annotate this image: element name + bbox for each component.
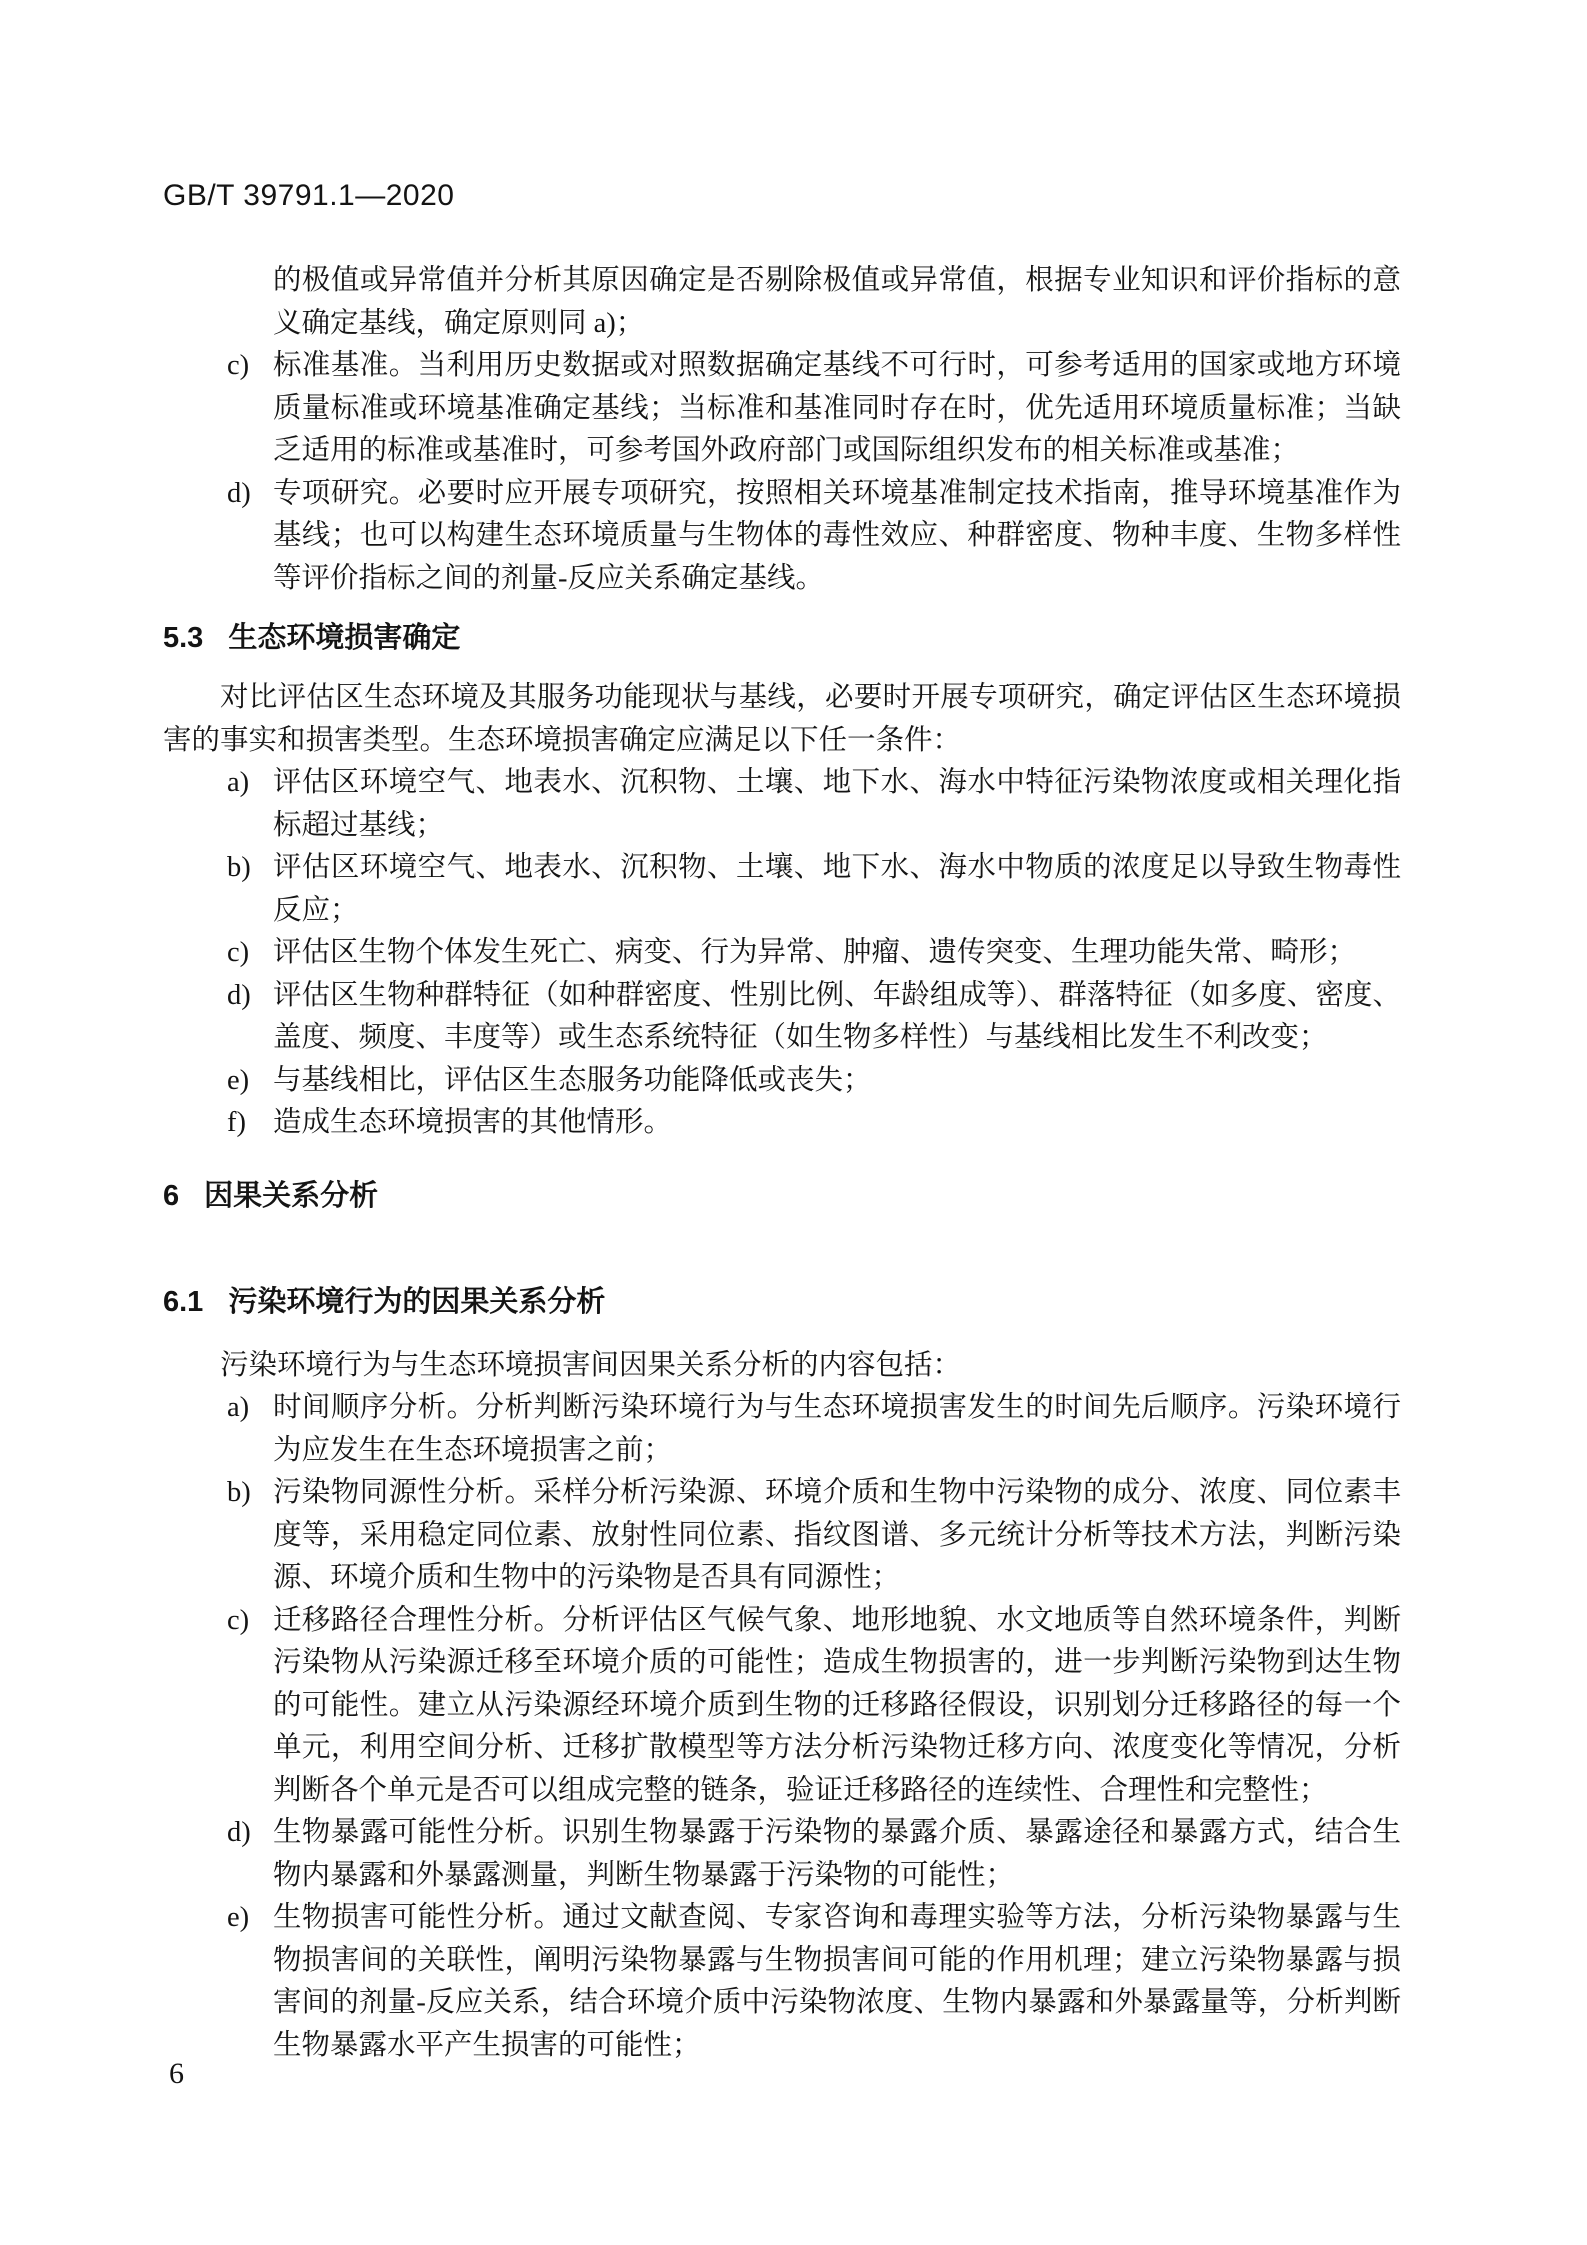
list-item-text: 标准基准。当利用历史数据或对照数据确定基线不可行时，可参考适用的国家或地方环境质… [273,345,1401,473]
list-item-a: a) 时间顺序分析。分析判断污染环境行为与生态环境损害发生的时间先后顺序。污染环… [163,1387,1401,1472]
list-item-b-continuation: 的极值或异常值并分析其原因确定是否剔除极值或异常值，根据专业知识和评价指标的意义… [163,260,1401,345]
list-item-label: a) [227,1387,273,1472]
standard-number: GB/T 39791.1—2020 [163,178,1401,214]
list-item-e: e) 与基线相比，评估区生态服务功能降低或丧失； [163,1060,1401,1103]
list-item-c: c) 评估区生物个体发生死亡、病变、行为异常、肿瘤、遗传突变、生理功能失常、畸形… [163,932,1401,975]
section-5-3-intro-paragraph: 对比评估区生态环境及其服务功能现状与基线，必要时开展专项研究，确定评估区生态环境… [163,677,1401,762]
list-item-label: c) [227,345,273,473]
list-item-text: 生物暴露可能性分析。识别生物暴露于污染物的暴露介质、暴露途径和暴露方式，结合生物… [273,1812,1401,1897]
list-item-e: e) 生物损害可能性分析。通过文献查阅、专家咨询和毒理实验等方法，分析污染物暴露… [163,1897,1401,2067]
list-item-label: a) [227,762,273,847]
list-item-label: e) [227,1060,273,1103]
list-item-label: b) [227,847,273,932]
list-item-text: 与基线相比，评估区生态服务功能降低或丧失； [273,1060,1401,1103]
section-6-1-intro-paragraph: 污染环境行为与生态环境损害间因果关系分析的内容包括： [163,1345,1401,1388]
list-item-label: d) [227,975,273,1060]
section-number: 5.3 [163,622,203,654]
section-title: 污染环境行为的因果关系分析 [228,1286,605,1318]
list-item-d: d) 专项研究。必要时应开展专项研究，按照相关环境基准制定技术指南，推导环境基准… [163,473,1401,601]
list-item-label: b) [227,1472,273,1600]
list-item-text: 污染物同源性分析。采样分析污染源、环境介质和生物中污染物的成分、浓度、同位素丰度… [273,1472,1401,1600]
list-item-b: b) 污染物同源性分析。采样分析污染源、环境介质和生物中污染物的成分、浓度、同位… [163,1472,1401,1600]
list-item-f: f) 造成生态环境损害的其他情形。 [163,1102,1401,1145]
section-heading-5-3: 5.3生态环境损害确定 [163,617,1401,659]
list-item-text: 评估区生物种群特征（如种群密度、性别比例、年龄组成等）、群落特征（如多度、密度、… [273,975,1401,1060]
list-item-a: a) 评估区环境空气、地表水、沉积物、土壤、地下水、海水中特征污染物浓度或相关理… [163,762,1401,847]
list-item-text: 时间顺序分析。分析判断污染环境行为与生态环境损害发生的时间先后顺序。污染环境行为… [273,1387,1401,1472]
list-item-text: 评估区环境空气、地表水、沉积物、土壤、地下水、海水中特征污染物浓度或相关理化指标… [273,762,1401,847]
list-item-label: f) [227,1102,273,1145]
list-item-text: 专项研究。必要时应开展专项研究，按照相关环境基准制定技术指南，推导环境基准作为基… [273,473,1401,601]
list-item-text: 评估区生物个体发生死亡、病变、行为异常、肿瘤、遗传突变、生理功能失常、畸形； [273,932,1401,975]
list-item-text: 迁移路径合理性分析。分析评估区气候气象、地形地貌、水文地质等自然环境条件，判断污… [273,1600,1401,1813]
chapter-heading-6: 6因果关系分析 [163,1175,1401,1217]
list-item-d: d) 生物暴露可能性分析。识别生物暴露于污染物的暴露介质、暴露途径和暴露方式，结… [163,1812,1401,1897]
list-item-label: c) [227,932,273,975]
list-item-b: b) 评估区环境空气、地表水、沉积物、土壤、地下水、海水中物质的浓度足以导致生物… [163,847,1401,932]
section-title: 生态环境损害确定 [228,622,460,654]
list-item-c: c) 迁移路径合理性分析。分析评估区气候气象、地形地貌、水文地质等自然环境条件，… [163,1600,1401,1813]
document-page: GB/T 39791.1—2020 的极值或异常值并分析其原因确定是否剔除极值或… [0,0,1587,2245]
section-heading-6-1: 6.1污染环境行为的因果关系分析 [163,1281,1401,1323]
list-item-label: c) [227,1600,273,1813]
list-item-text: 评估区环境空气、地表水、沉积物、土壤、地下水、海水中物质的浓度足以导致生物毒性反… [273,847,1401,932]
list-item-label: e) [227,1897,273,2067]
page-number: 6 [169,2056,184,2092]
list-item-label: d) [227,1812,273,1897]
chapter-title: 因果关系分析 [204,1180,378,1212]
list-item-text: 的极值或异常值并分析其原因确定是否剔除极值或异常值，根据专业知识和评价指标的意义… [273,260,1401,345]
list-item-label-empty [227,260,273,345]
list-item-label: d) [227,473,273,601]
section-number: 6.1 [163,1286,203,1318]
list-item-text: 生物损害可能性分析。通过文献查阅、专家咨询和毒理实验等方法，分析污染物暴露与生物… [273,1897,1401,2067]
list-item-c: c) 标准基准。当利用历史数据或对照数据确定基线不可行时，可参考适用的国家或地方… [163,345,1401,473]
list-item-text: 造成生态环境损害的其他情形。 [273,1102,1401,1145]
list-item-d: d) 评估区生物种群特征（如种群密度、性别比例、年龄组成等）、群落特征（如多度、… [163,975,1401,1060]
chapter-number: 6 [163,1180,179,1212]
